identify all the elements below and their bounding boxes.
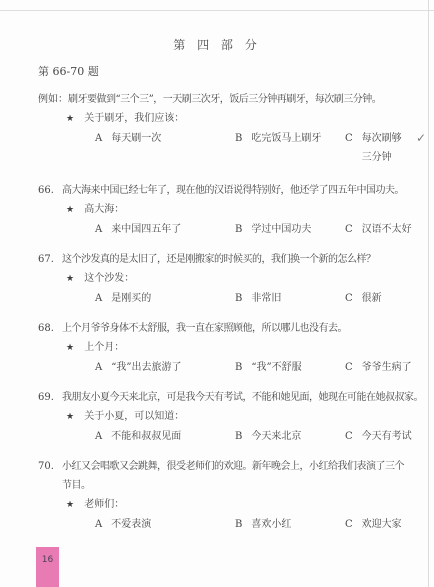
example-block: 例如： 刷牙要做到“三个三”，一天刷三次牙，饭后三分钟再刷牙，每次刷三分钟。 ★… bbox=[38, 90, 426, 167]
option-letter: B bbox=[235, 289, 242, 308]
option-c: C 爷爷生病了 bbox=[345, 358, 426, 377]
example-passage: 刷牙要做到“三个三”，一天刷三次牙，饭后三分钟再刷牙，每次刷三分钟。 bbox=[68, 90, 381, 109]
option-text: 每次刷够三分钟 bbox=[362, 129, 402, 167]
question-options: A 来中国四五年了 B 学过中国功夫 C 汉语不太好 bbox=[38, 220, 426, 239]
option-letter: C bbox=[345, 289, 353, 308]
page-top-border bbox=[0, 10, 434, 11]
star-icon: ★ bbox=[66, 343, 74, 353]
option-b: B 今天来北京 bbox=[235, 427, 345, 446]
section-title: 第 四 部 分 bbox=[0, 36, 434, 54]
question-passage: 小红又会唱歌又会跳舞，很受老师们的欢迎。新年晚会上，小红给我们表演了三个节目。 bbox=[62, 457, 410, 495]
option-c: C 很新 bbox=[345, 289, 426, 308]
option-text: 爷爷生病了 bbox=[362, 358, 412, 377]
example-passage-line: 例如： 刷牙要做到“三个三”，一天刷三次牙，饭后三分钟再刷牙，每次刷三分钟。 bbox=[38, 90, 426, 109]
question-passage-line: 66. 高大海来中国已经七年了，现在他的汉语说得特别好，他还学了四五年中国功夫。 bbox=[38, 181, 426, 200]
option-letter: A bbox=[95, 358, 102, 377]
option-text: 汉语不太好 bbox=[362, 220, 412, 239]
option-letter: A bbox=[95, 515, 102, 534]
option-letter: B bbox=[235, 358, 242, 377]
question-70: 70. 小红又会唱歌又会跳舞，很受老师们的欢迎。新年晚会上，小红给我们表演了三个… bbox=[38, 457, 426, 534]
example-option-c: C 每次刷够三分钟 ✓ bbox=[345, 129, 426, 167]
option-letter: B bbox=[235, 515, 242, 534]
option-letter: C bbox=[345, 427, 353, 446]
option-letter: C bbox=[345, 358, 353, 377]
question-prompt-line: ★ 高大海： bbox=[38, 200, 426, 220]
option-text: 不能和叔叔见面 bbox=[111, 427, 181, 446]
option-text: 非常旧 bbox=[251, 289, 281, 308]
option-letter: A bbox=[95, 129, 102, 148]
example-prompt-line: ★ 关于刷牙，我们应该： bbox=[38, 109, 426, 129]
page-number-tab: 16 bbox=[36, 547, 59, 587]
question-options: A 不能和叔叔见面 B 今天来北京 C 今天有考试 bbox=[38, 427, 426, 446]
question-prompt: 高大海： bbox=[84, 204, 124, 215]
option-a: A 不能和叔叔见面 bbox=[95, 427, 235, 446]
checkmark-icon: ✓ bbox=[416, 129, 426, 148]
option-text: 不爱表演 bbox=[111, 515, 151, 534]
example-prompt: 关于刷牙，我们应该： bbox=[84, 113, 184, 124]
option-text: 很新 bbox=[362, 289, 382, 308]
option-a: A “我”出去旅游了 bbox=[95, 358, 235, 377]
option-c: C 欢迎大家 bbox=[345, 515, 426, 534]
question-prompt-line: ★ 老师们： bbox=[38, 495, 426, 515]
option-a: A 是刚买的 bbox=[95, 289, 235, 308]
question-number: 66. bbox=[38, 181, 62, 200]
star-icon: ★ bbox=[66, 412, 74, 422]
question-passage: 这个沙发真的是太旧了，还是刚搬家的时候买的，我们换一个新的怎么样？ bbox=[62, 250, 376, 269]
option-text: 吃完饭马上刷牙 bbox=[251, 129, 321, 148]
question-number: 69. bbox=[38, 388, 62, 407]
option-text: 今天来北京 bbox=[251, 427, 301, 446]
option-letter: C bbox=[345, 129, 353, 148]
option-text: 喜欢小红 bbox=[251, 515, 291, 534]
example-option-a: A 每天刷一次 bbox=[95, 129, 235, 167]
page-number: 16 bbox=[42, 555, 53, 565]
question-prompt: 关于小夏，可以知道： bbox=[84, 411, 184, 422]
option-letter: A bbox=[95, 220, 102, 239]
example-options: A 每天刷一次 B 吃完饭马上刷牙 C 每次刷够三分钟 ✓ bbox=[38, 129, 426, 167]
question-number: 68. bbox=[38, 319, 62, 338]
question-66: 66. 高大海来中国已经七年了，现在他的汉语说得特别好，他还学了四五年中国功夫。… bbox=[38, 181, 426, 239]
option-letter: A bbox=[95, 289, 102, 308]
option-c: C 汉语不太好 bbox=[345, 220, 426, 239]
question-passage-line: 70. 小红又会唱歌又会跳舞，很受老师们的欢迎。新年晚会上，小红给我们表演了三个… bbox=[38, 457, 426, 495]
star-icon: ★ bbox=[66, 205, 74, 215]
option-a: A 不爱表演 bbox=[95, 515, 235, 534]
questions-list: 66. 高大海来中国已经七年了，现在他的汉语说得特别好，他还学了四五年中国功夫。… bbox=[0, 181, 434, 534]
question-options: A 不爱表演 B 喜欢小红 C 欢迎大家 bbox=[38, 515, 426, 534]
question-passage-line: 67. 这个沙发真的是太旧了，还是刚搬家的时候买的，我们换一个新的怎么样？ bbox=[38, 250, 426, 269]
question-passage-line: 68. 上个月爷爷身体不太舒服，我一直在家照顾他，所以哪儿也没有去。 bbox=[38, 319, 426, 338]
option-text: “我”出去旅游了 bbox=[111, 358, 181, 377]
option-letter: B bbox=[235, 129, 242, 148]
option-text: “我”不舒服 bbox=[251, 358, 301, 377]
question-number: 67. bbox=[38, 250, 62, 269]
question-prompt: 老师们： bbox=[84, 499, 124, 510]
question-68: 68. 上个月爷爷身体不太舒服，我一直在家照顾他，所以哪儿也没有去。 ★ 上个月… bbox=[38, 319, 426, 377]
page-right-border bbox=[428, 0, 429, 587]
example-option-b: B 吃完饭马上刷牙 bbox=[235, 129, 345, 167]
question-69: 69. 我朋友小夏今天来北京，可是我今天有考试，不能和她见面，她现在可能在她叔叔… bbox=[38, 388, 426, 446]
question-prompt: 上个月： bbox=[84, 342, 124, 353]
question-prompt: 这个沙发： bbox=[84, 273, 134, 284]
option-text: 是刚买的 bbox=[111, 289, 151, 308]
option-letter: B bbox=[235, 220, 242, 239]
option-text: 每天刷一次 bbox=[111, 129, 161, 148]
option-b: B 学过中国功夫 bbox=[235, 220, 345, 239]
question-prompt-line: ★ 上个月： bbox=[38, 338, 426, 358]
question-prompt-line: ★ 关于小夏，可以知道： bbox=[38, 407, 426, 427]
option-letter: C bbox=[345, 515, 353, 534]
option-letter: C bbox=[345, 220, 353, 239]
question-passage-line: 69. 我朋友小夏今天来北京，可是我今天有考试，不能和她见面，她现在可能在她叔叔… bbox=[38, 388, 426, 407]
option-text: 学过中国功夫 bbox=[251, 220, 311, 239]
option-a: A 来中国四五年了 bbox=[95, 220, 235, 239]
option-letter: B bbox=[235, 427, 242, 446]
star-icon: ★ bbox=[66, 500, 74, 510]
option-text: 来中国四五年了 bbox=[111, 220, 181, 239]
star-icon: ★ bbox=[66, 114, 74, 124]
question-67: 67. 这个沙发真的是太旧了，还是刚搬家的时候买的，我们换一个新的怎么样？ ★ … bbox=[38, 250, 426, 308]
question-passage: 我朋友小夏今天来北京，可是我今天有考试，不能和她见面，她现在可能在她叔叔家。 bbox=[62, 388, 423, 407]
question-prompt-line: ★ 这个沙发： bbox=[38, 269, 426, 289]
question-number: 70. bbox=[38, 457, 62, 476]
option-b: B 非常旧 bbox=[235, 289, 345, 308]
option-c: C 今天有考试 bbox=[345, 427, 426, 446]
option-letter: A bbox=[95, 427, 102, 446]
option-b: B “我”不舒服 bbox=[235, 358, 345, 377]
question-options: A 是刚买的 B 非常旧 C 很新 bbox=[38, 289, 426, 308]
question-passage: 高大海来中国已经七年了，现在他的汉语说得特别好，他还学了四五年中国功夫。 bbox=[62, 181, 404, 200]
option-text: 欢迎大家 bbox=[362, 515, 402, 534]
scanned-test-page: 第 四 部 分 第 66-70 题 例如： 刷牙要做到“三个三”，一天刷三次牙，… bbox=[0, 0, 434, 587]
question-range-heading: 第 66-70 题 bbox=[38, 62, 434, 81]
question-passage: 上个月爷爷身体不太舒服，我一直在家照顾他，所以哪儿也没有去。 bbox=[62, 319, 347, 338]
option-text: 今天有考试 bbox=[362, 427, 412, 446]
example-label: 例如： bbox=[38, 90, 68, 109]
option-b: B 喜欢小红 bbox=[235, 515, 345, 534]
star-icon: ★ bbox=[66, 274, 74, 284]
question-options: A “我”出去旅游了 B “我”不舒服 C 爷爷生病了 bbox=[38, 358, 426, 377]
